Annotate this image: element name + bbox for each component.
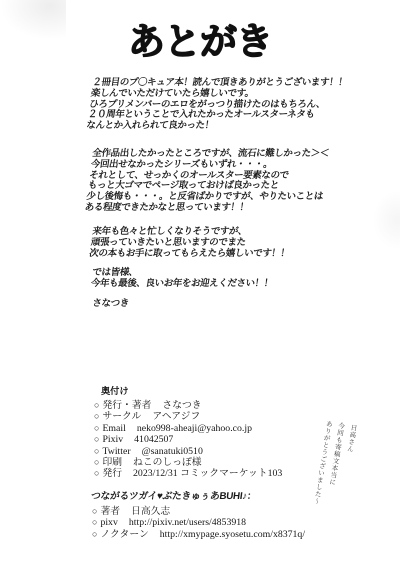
text-line: ある程度できたかなと思っています！！: [84, 203, 322, 214]
circle-bullet: ○: [94, 400, 99, 410]
text-line: 頑張っていきたいと思いますのでまた: [90, 238, 292, 249]
author-signature: さなつき: [91, 299, 129, 310]
circle-bullet: ○: [92, 506, 97, 516]
colophon-label: 発行: [102, 468, 122, 479]
colophon-row-pixiv: ○Pixiv41042507: [94, 434, 282, 445]
colophon-value: ねこのしっぽ様: [133, 457, 202, 468]
colophon-value: アヘアジフ: [152, 411, 200, 422]
afterword-page: あとがき ２冊目のプ〇キュア本！読んで頂きありがとうございます！！ 楽しんでいた…: [0, 0, 400, 565]
colophon-value: 41042507: [134, 434, 173, 445]
colophon-row-publisher: ○発行・著者さなつき: [94, 400, 282, 411]
colophon-value: @sanatuki0510: [142, 446, 203, 457]
circle-bullet: ○: [94, 446, 99, 456]
afterword-paragraph-1: ２冊目のプ〇キュア本！読んで頂きありがとうございます！！ 楽しんでいただけていた…: [85, 78, 347, 132]
guest-value: 日高久志: [131, 506, 170, 517]
circle-bullet: ○: [94, 457, 99, 467]
circle-bullet: ○: [94, 411, 99, 421]
colophon-row-twitter: ○Twitter@sanatuki0510: [94, 446, 282, 457]
colophon-value: neko998-aheaji@yahoo.co.jp: [137, 423, 252, 434]
colophon-heading: 奥付け: [101, 383, 282, 397]
colophon-label: Twitter: [102, 446, 130, 457]
circle-bullet: ○: [94, 468, 99, 478]
colophon-row-circle: ○サークルアヘアジフ: [94, 411, 282, 422]
guest-value: http://pixiv.net/users/4853918: [129, 517, 246, 528]
guest-row-nocturne: ○ノクターンhttp://xmypage.syosetu.com/x8371q/: [92, 529, 305, 541]
guest-value: http://xmypage.syosetu.com/x8371q/: [160, 529, 305, 540]
colophon-row-printer: ○印刷ねこのしっぽ様: [94, 457, 282, 468]
guest-heading: つながるツガイ♥ぶたきゅぅあBUHI♪：: [90, 488, 305, 502]
text-line: 楽しんでいただけていたら嬉しいです。: [90, 89, 346, 100]
guest-row-pixiv: ○pixvhttp://pixiv.net/users/4853918: [92, 517, 305, 529]
guest-label: 著者: [100, 506, 120, 517]
circle-bullet: ○: [94, 423, 99, 433]
guest-label: pixv: [100, 517, 117, 528]
colophon-label: 印刷: [102, 457, 122, 468]
guest-row-author: ○著者日高久志: [92, 506, 305, 518]
afterword-paragraph-3: 来年も色々と忙しくなりそうですが、 頑張っていきたいと思いますのでまた 次の本も…: [88, 227, 293, 259]
colophon-label: Email: [102, 423, 125, 434]
text-line: 今年も最後、良いお年をお迎えください！！: [90, 279, 274, 290]
circle-bullet: ○: [92, 529, 97, 539]
circle-bullet: ○: [94, 434, 99, 444]
colophon-label: 発行・著者: [102, 400, 151, 411]
page-title: あとがき: [0, 11, 400, 65]
colophon-label: サークル: [102, 411, 141, 422]
afterword-paragraph-2: 全作品出したかったところですが、流石に難しかった＞＜ 今回出せなかったシリーズも…: [84, 149, 330, 214]
text-line: 今回出せなかったシリーズもいずれ・・・。: [90, 160, 328, 171]
colophon-label: Pixiv: [102, 434, 123, 445]
text-line: 次の本もお手に取ってもらえたら嬉しいです！！: [88, 249, 290, 260]
colophon-row-email: ○Emailneko998-aheaji@yahoo.co.jp: [94, 423, 282, 434]
guest-label: ノクターン: [100, 529, 148, 540]
handwritten-note: 日高さん 今回も寄稿文本当に ありがとうございました〜: [306, 419, 358, 520]
text-line: なんとか入れられて良かった！: [85, 121, 341, 132]
colophon-value: 2023/12/31 コミックマーケット103: [133, 468, 282, 479]
colophon-row-published: ○発行2023/12/31 コミックマーケット103: [94, 468, 282, 479]
colophon: 奥付け ○発行・著者さなつき ○サークルアヘアジフ ○Emailneko998-…: [94, 383, 282, 480]
circle-bullet: ○: [92, 517, 97, 527]
scan-artifact: [372, 190, 400, 250]
guest-credits: つながるツガイ♥ぶたきゅぅあBUHI♪： ○著者日高久志 ○pixvhttp:/…: [92, 488, 305, 540]
colophon-value: さなつき: [162, 400, 201, 411]
afterword-paragraph-4: では皆様、 今年も最後、良いお年をお迎えください！！: [90, 268, 275, 290]
